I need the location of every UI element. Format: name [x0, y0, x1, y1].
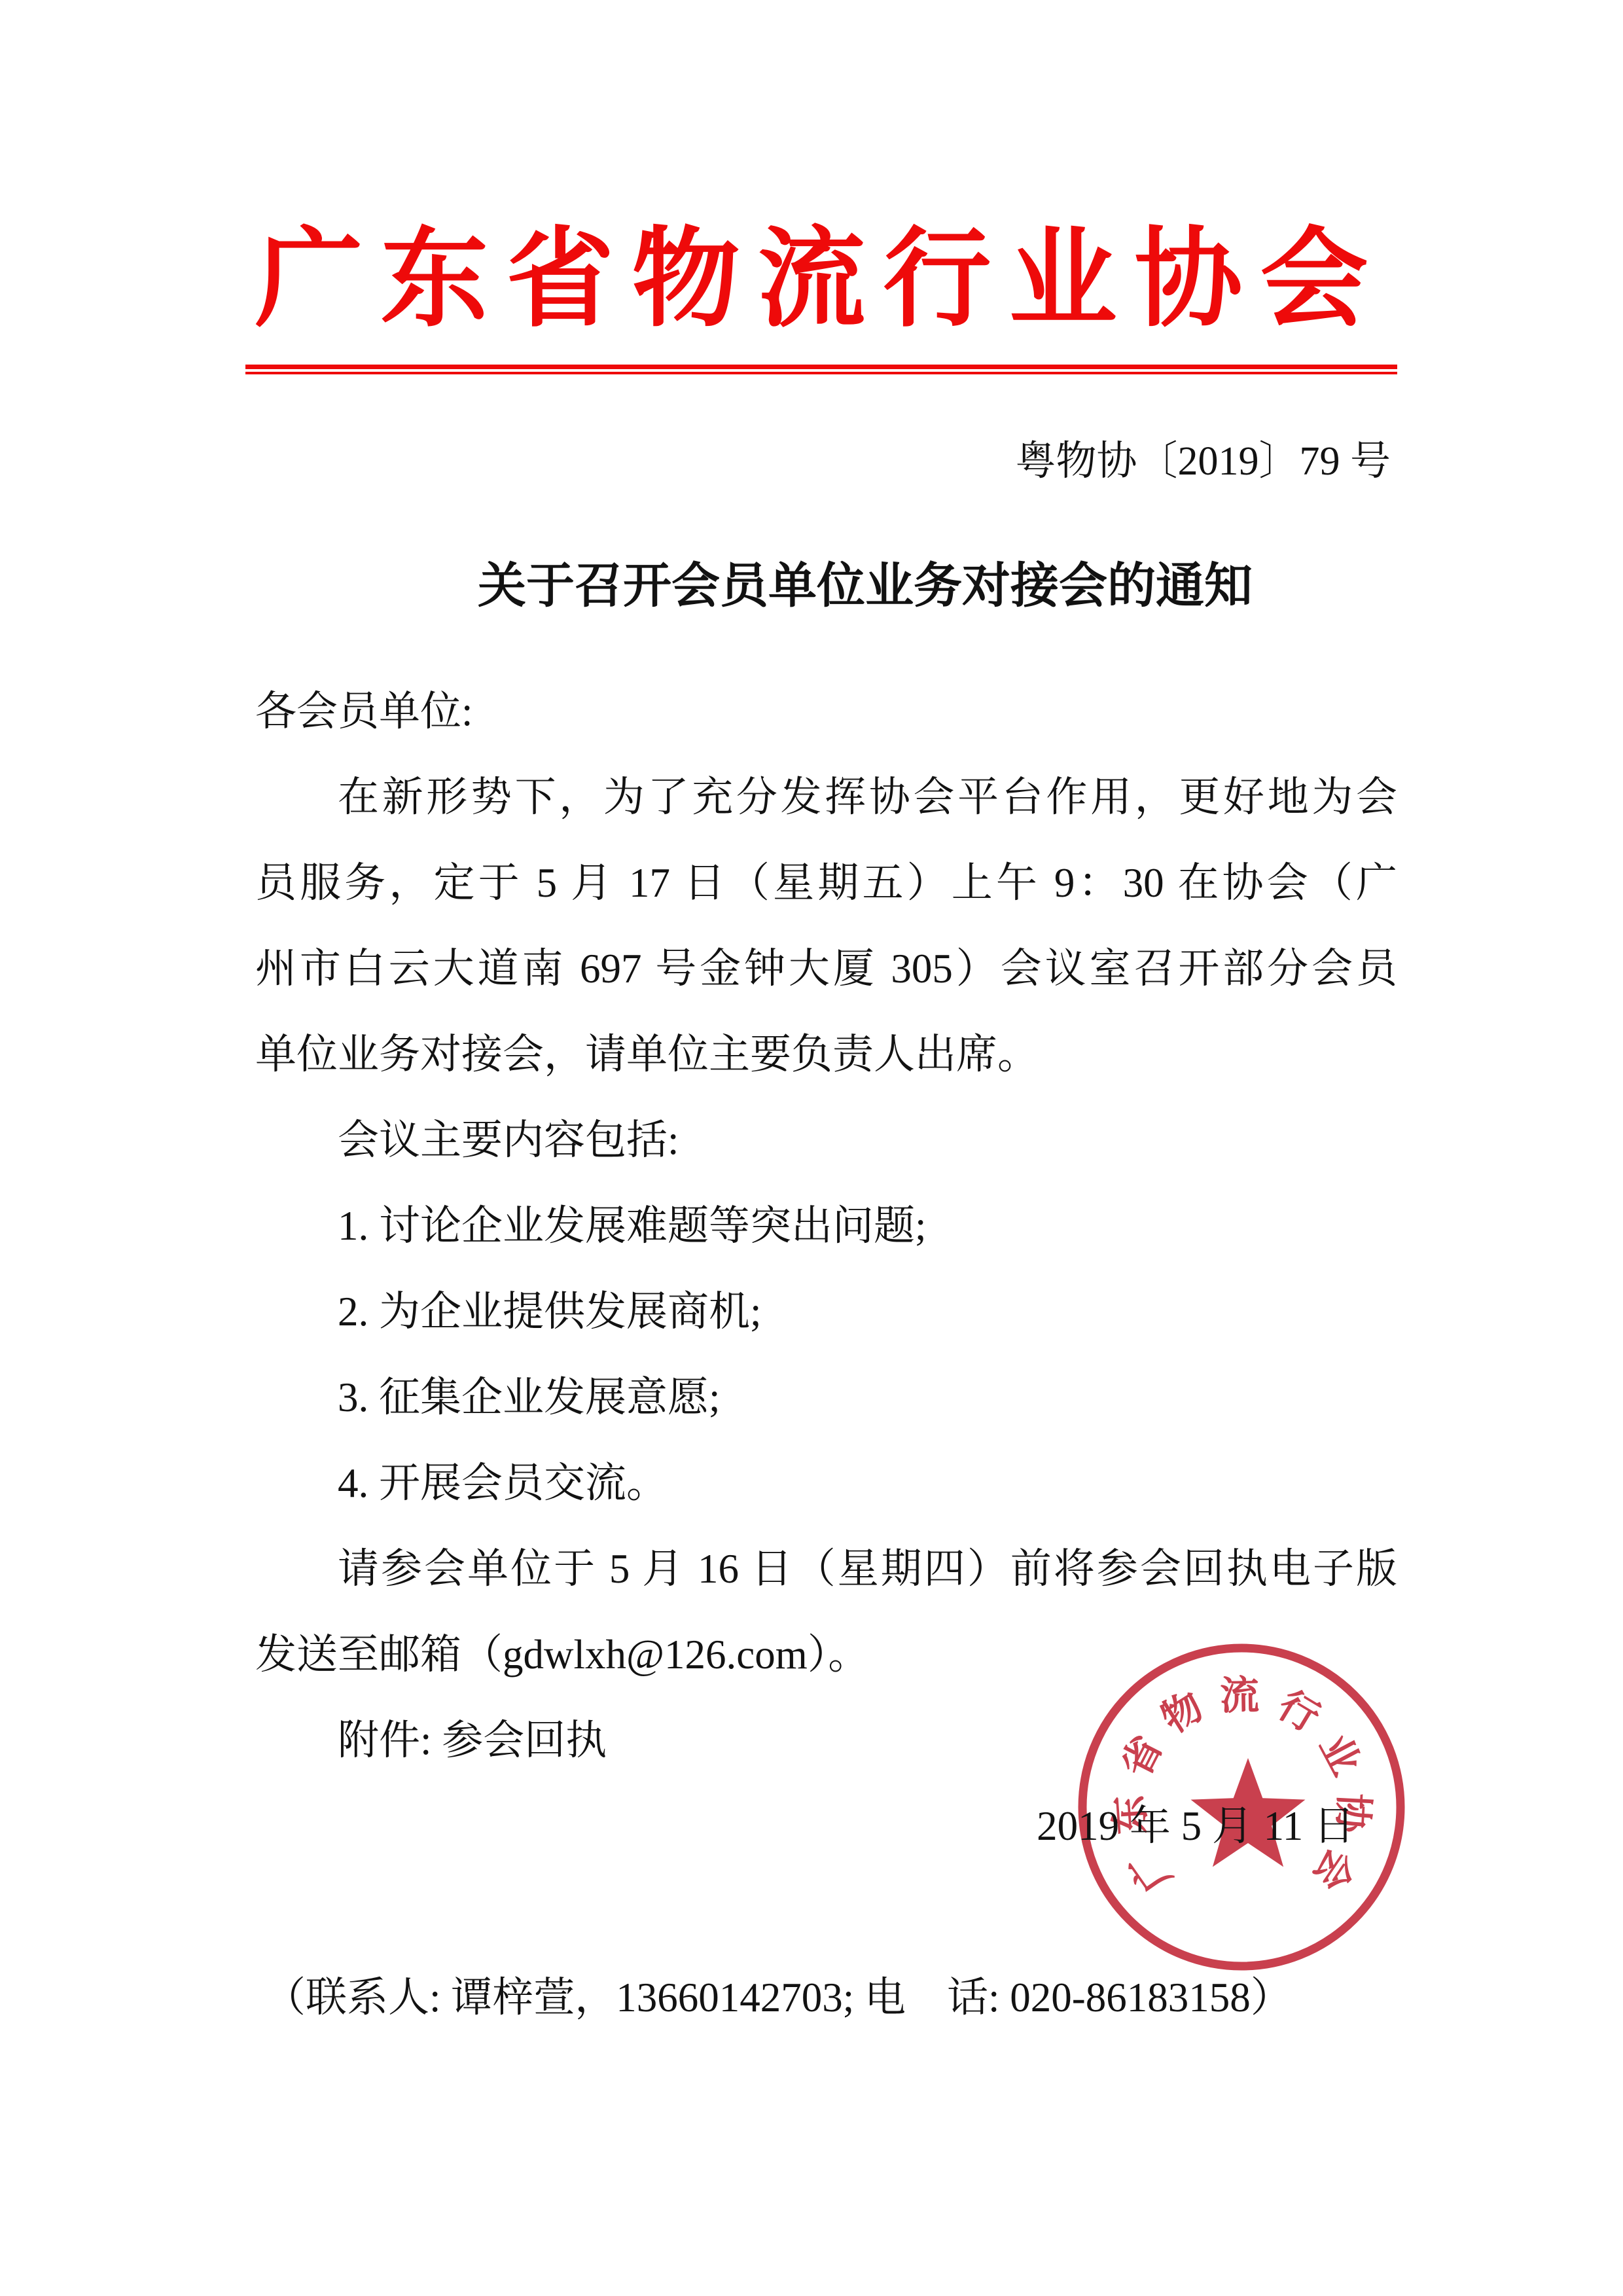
salutation-line: 各会员单位: [255, 669, 1397, 755]
letterhead-org-name: 广东省物流行业协会 [0, 224, 1623, 336]
notice-body: 各会员单位: 在新形势下，为了充分发挥协会平台作用，更好地为会 员服务，定于 5… [255, 669, 1397, 2041]
letterhead-double-rule [245, 365, 1397, 374]
agenda-item-3: 3. 征集企业发展意愿; [255, 1355, 1397, 1441]
spacer-line [255, 1869, 1397, 1955]
body-line: 在新形势下，为了充分发挥协会平台作用，更好地为会 [255, 755, 1397, 840]
email-line: 发送至邮箱（gdwlxh@126.com）。 [255, 1612, 1397, 1698]
contact-line: （联系人: 谭梓萱，13660142703; 电 话: 020-86183158… [255, 1955, 1397, 2041]
body-line: 会议主要内容包括: [255, 1098, 1397, 1183]
date-line: 2019 年 5 月 11 日 [255, 1784, 1397, 1869]
notice-title: 关于召开会员单位业务对接会的通知 [54, 554, 1623, 619]
attachment-line: 附件: 参会回执 [255, 1698, 1397, 1784]
agenda-item-4: 4. 开展会员交流。 [255, 1441, 1397, 1526]
body-line: 单位业务对接会，请单位主要负责人出席。 [255, 1012, 1397, 1098]
official-notice-page: 广东省物流行业协会 粤物协〔2019〕79 号 关于召开会员单位业务对接会的通知… [0, 0, 1623, 2296]
document-number: 粤物协〔2019〕79 号 [255, 434, 1397, 489]
body-line: 员服务，定于 5 月 17 日（星期五）上午 9：30 在协会（广 [255, 840, 1397, 926]
body-line: 请参会单位于 5 月 16 日（星期四）前将参会回执电子版 [255, 1526, 1397, 1612]
agenda-item-1: 1. 讨论企业发展难题等突出问题; [255, 1183, 1397, 1269]
body-line: 州市白云大道南 697 号金钟大厦 305）会议室召开部分会员 [255, 926, 1397, 1012]
agenda-item-2: 2. 为企业提供发展商机; [255, 1269, 1397, 1355]
